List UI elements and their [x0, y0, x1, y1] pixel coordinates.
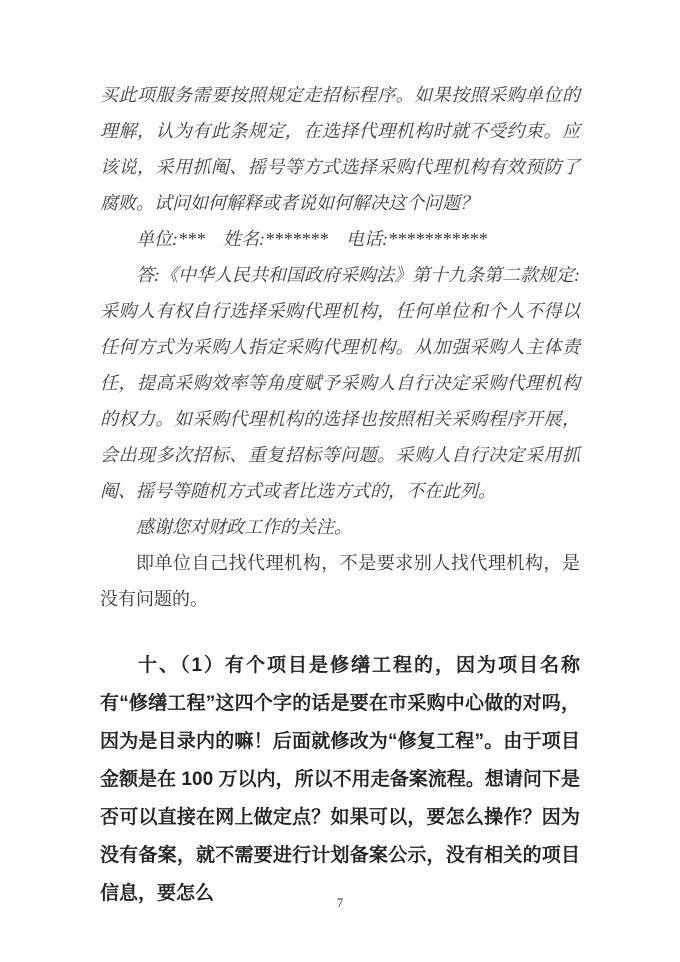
paragraph: 即单位自己找代理机构，不是要求别人找代理机构，是没有问题的。 [100, 545, 580, 617]
paragraph: 答:《中华人民共和国政府采购法》第十九条第二款规定:采购人有权自行选择采购代理机… [100, 257, 580, 509]
page-footer: 7 [0, 894, 680, 912]
paragraph: 单位:*** 姓名:******* 电话:*********** [100, 221, 580, 257]
page-body: 买此项服务需要按照规定走招标程序。如果按照采购单位的理解，认为有此条规定，在选择… [100, 77, 580, 913]
document-page: 买此项服务需要按照规定走招标程序。如果按照采购单位的理解，认为有此条规定，在选择… [0, 0, 680, 962]
page-number: 7 [337, 895, 344, 910]
paragraph: 感谢您对财政工作的关注。 [100, 509, 580, 545]
paragraph: 买此项服务需要按照规定走招标程序。如果按照采购单位的理解，认为有此条规定，在选择… [100, 77, 580, 221]
paragraph: 十、（1）有个项目是修缮工程的，因为项目名称有“修缮工程”这四个字的话是要在市采… [100, 647, 580, 913]
